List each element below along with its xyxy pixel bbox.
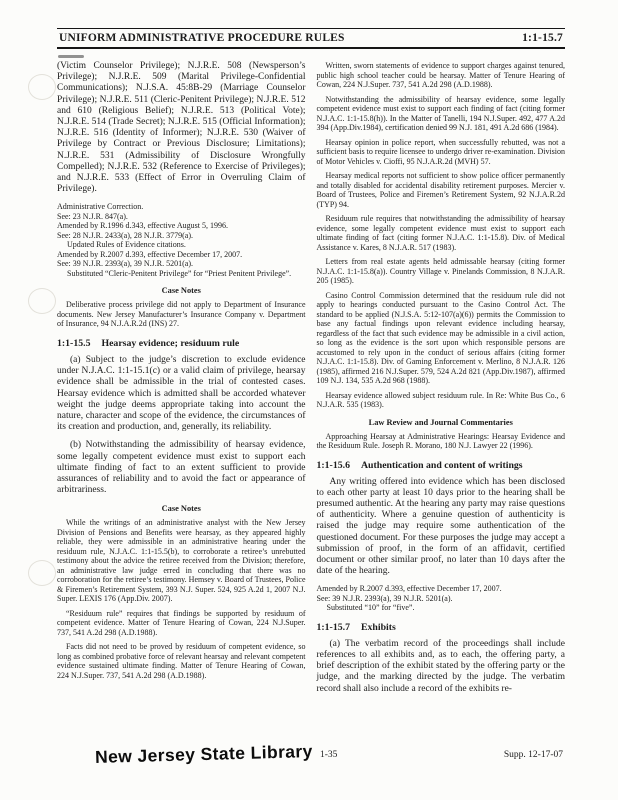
history-line: Substituted “10” for “five”.: [317, 603, 566, 613]
history-line: See: 28 N.J.R. 2433(a), 28 N.J.R. 3779(a…: [57, 231, 306, 241]
header-section-ref: 1:1-15.7: [522, 32, 563, 44]
case-note-mercier: Hearsay medical reports not sufficient t…: [317, 171, 566, 209]
library-stamp: New Jersey State Library: [95, 741, 313, 768]
running-header: UNIFORM ADMINISTRATIVE PROCEDURE RULES 1…: [57, 28, 565, 49]
right-column: Written, sworn statements of evidence to…: [317, 61, 566, 702]
history-line: See: 23 N.J.R. 847(a).: [57, 212, 306, 222]
case-note-deliberative: Deliberative process privilege did not a…: [57, 300, 306, 329]
punch-hole-bottom: [28, 560, 56, 586]
history-line: See: 39 N.J.R. 2393(a), 39 N.J.R. 5201(a…: [57, 259, 306, 269]
history-line: Amended by R.2007 d.393, effective Decem…: [317, 584, 566, 594]
case-notes-heading: Case Notes: [57, 286, 306, 295]
section-title: Hearsay evidence; residuum rule: [101, 338, 239, 349]
case-note-pinelands: Letters from real estate agents held adm…: [317, 257, 566, 286]
case-notes-heading: Case Notes: [57, 504, 306, 513]
exhibits-paragraph-a: (a) The verbatim record of the proceedin…: [317, 639, 566, 695]
case-note-kares: Residuum rule requires that notwithstand…: [317, 214, 566, 252]
section-heading-1-1-15-7: 1:1-15.7Exhibits: [317, 622, 566, 633]
law-review-note: Approaching Hearsay at Administrative He…: [317, 432, 566, 451]
history-line: Substituted “Cleric-Penitent Privilege” …: [57, 269, 306, 279]
section-heading-1-1-15-5: 1:1-15.5Hearsay evidence; residuum rule: [57, 338, 306, 349]
authentication-paragraph: Any writing offered into evidence which …: [317, 477, 566, 578]
page-number: 1-35: [320, 750, 337, 760]
rule-paragraph-a: (a) Subject to the judge’s discretion to…: [57, 355, 306, 433]
history-line: See: 39 N.J.R. 2393(a), 39 N.J.R. 5201(a…: [317, 594, 566, 604]
header-title: UNIFORM ADMINISTRATIVE PROCEDURE RULES: [59, 32, 345, 44]
punch-hole-middle: [28, 288, 56, 314]
section-number: 1:1-15.5: [57, 338, 90, 349]
history-line: Amended by R.1996 d.343, effective Augus…: [57, 221, 306, 231]
scanned-document-page: UNIFORM ADMINISTRATIVE PROCEDURE RULES 1…: [0, 0, 618, 800]
case-note-white-bus: Hearsay evidence allowed subject residuu…: [317, 391, 566, 410]
page-footer: New Jersey State Library 1-35 Supp. 12-1…: [57, 742, 565, 772]
two-column-body: (Victim Counselor Privilege); N.J.R.E. 5…: [57, 61, 565, 702]
left-column: (Victim Counselor Privilege); N.J.R.E. 5…: [57, 61, 306, 702]
section-number: 1:1-15.6: [317, 460, 350, 471]
supplement-date: Supp. 12-17-07: [504, 750, 563, 760]
history-line: Updated Rules of Evidence citations.: [57, 240, 306, 250]
case-note-hemsey: While the writings of an administrative …: [57, 518, 306, 604]
case-note-written-statements: Written, sworn statements of evidence to…: [317, 61, 566, 90]
case-note-tanelli: Notwithstanding the admissibility of hea…: [317, 95, 566, 133]
case-note-facts: Facts did not need to be proved by resid…: [57, 642, 306, 680]
case-note-casino: Casino Control Commission determined tha…: [317, 291, 566, 386]
rule-paragraph-b: (b) Notwithstanding the admissibility of…: [57, 440, 306, 496]
history-line: Amended by R.2007 d.393, effective Decem…: [57, 250, 306, 260]
punch-hole-top: [28, 74, 56, 100]
history-notes-15-4: Administrative Correction. See: 23 N.J.R…: [57, 202, 306, 278]
case-note-residuum-rule: “Residuum rule” requires that findings b…: [57, 609, 306, 638]
section-heading-1-1-15-6: 1:1-15.6Authentication and content of wr…: [317, 460, 566, 471]
privilege-list-paragraph: (Victim Counselor Privilege); N.J.R.E. 5…: [57, 61, 306, 195]
history-line: Administrative Correction.: [57, 202, 306, 212]
history-notes-15-6: Amended by R.2007 d.393, effective Decem…: [317, 584, 566, 613]
page-content: UNIFORM ADMINISTRATIVE PROCEDURE RULES 1…: [57, 28, 565, 702]
section-title: Exhibits: [361, 622, 396, 633]
case-note-cioffi: Hearsay opinion in police report, when s…: [317, 138, 566, 167]
section-number: 1:1-15.7: [317, 622, 350, 633]
law-review-heading: Law Review and Journal Commentaries: [317, 418, 566, 427]
section-title: Authentication and content of writings: [361, 460, 523, 471]
